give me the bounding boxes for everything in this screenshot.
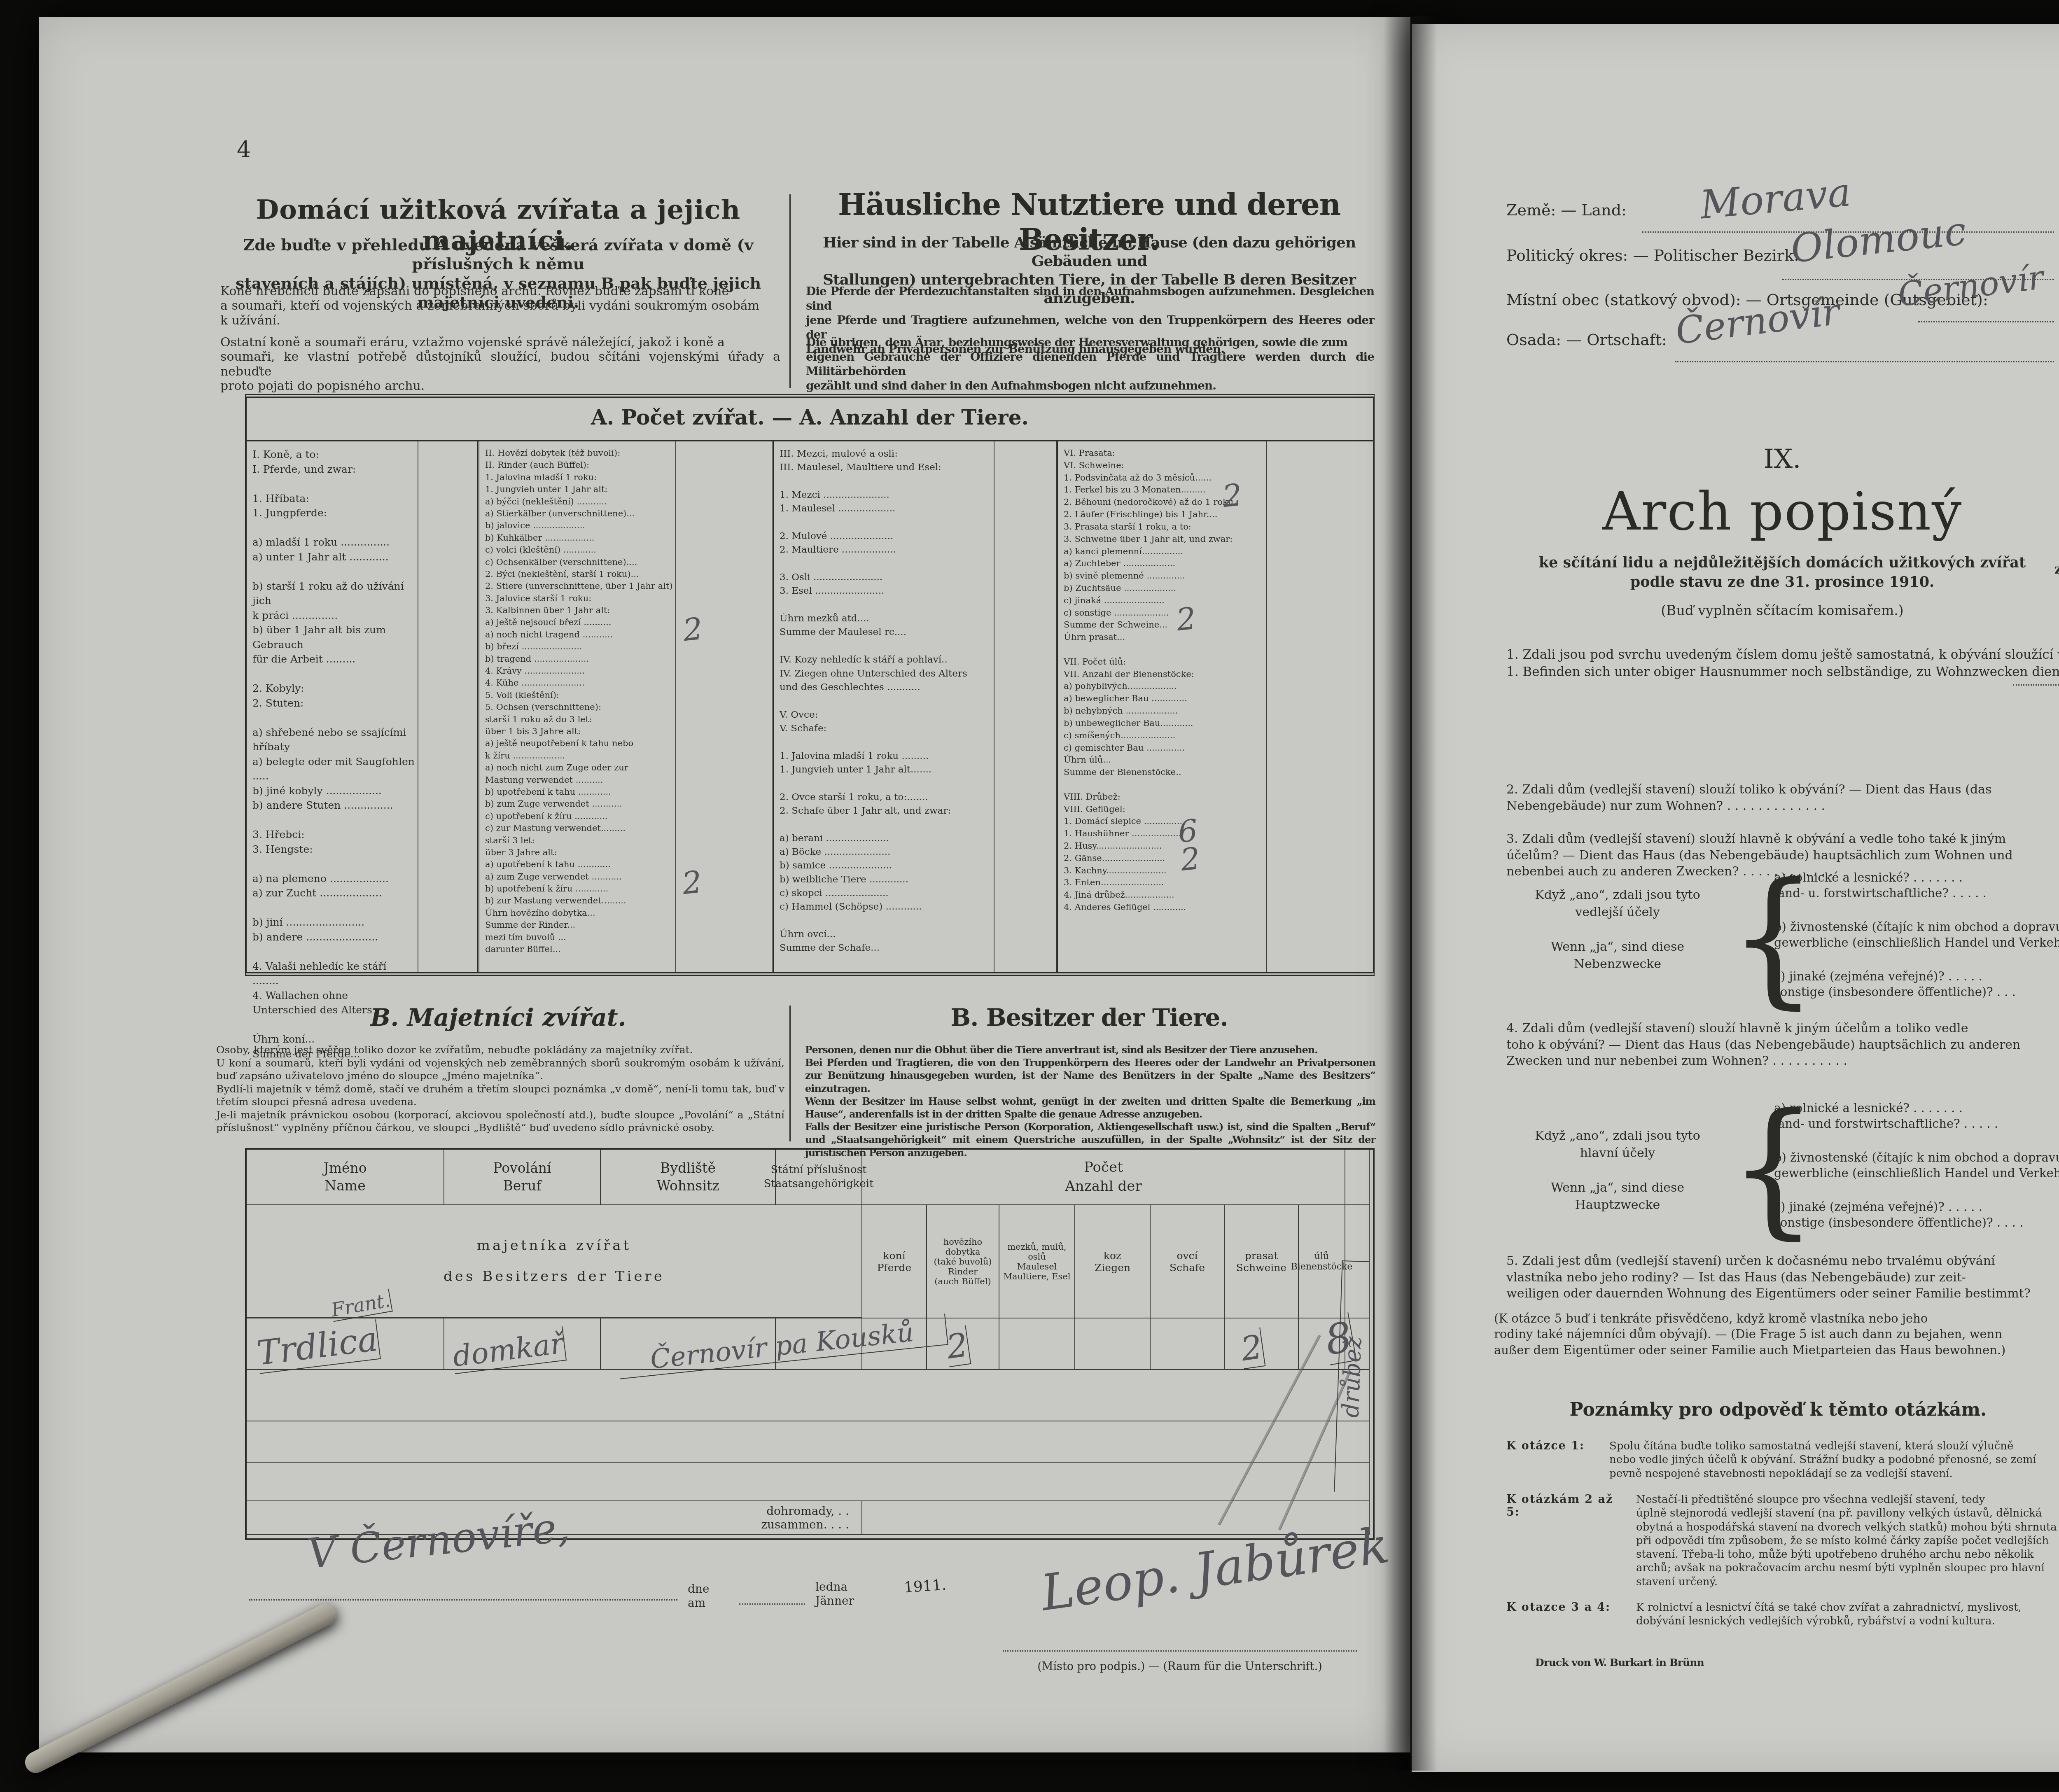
date-dotted-line (739, 1602, 805, 1605)
question-3-sub-a: a) rolnické a lesnické? . . . . . . . la… (1774, 870, 2059, 901)
table-a-values-mules-goats-sheep (994, 441, 1056, 972)
field-osada: Osada: — Ortschaft: (1506, 331, 1667, 349)
place-dotted-line (249, 1598, 677, 1601)
table-b-row1-sheep-cell (1151, 1318, 1225, 1370)
question-3-when-yes-label: Když „ano“, zdali jsou tyto vedlejší úče… (1506, 887, 1729, 973)
czech-note-3-label: K otazce 3 a 4: (1506, 1601, 1630, 1614)
imprint: Druck von W. Burkart in Brünn (1535, 1657, 1704, 1668)
table-b-sub-goats: koz Ziegen (1075, 1205, 1151, 1318)
date-label-dne-am: dne am (688, 1582, 710, 1610)
intro-column-divider (789, 194, 791, 388)
question-2: 2. Zdali dům (vedlejší stavení) slouží t… (1506, 782, 2059, 814)
handwritten-pigs-total: 2 (1175, 601, 1198, 638)
handwritten-zeme: Morava (1698, 170, 1853, 228)
handwritten-cattle-total: 2 (681, 864, 704, 901)
czech-note-2-label: K otázkám 2 až 5: (1506, 1493, 1630, 1519)
answer-1-dotted-line (2013, 683, 2059, 686)
table-a-group-horses: I. Koně, a to: I. Pferde, und zwar: 1. H… (247, 441, 479, 972)
question-1: 1. Zdali jsou pod svrchu uvedeným číslem… (1506, 646, 2059, 681)
table-a-columns: I. Koně, a to: I. Pferde, und zwar: 1. H… (247, 441, 1373, 972)
table-b-row3-cell (247, 1421, 1370, 1463)
czech-form-title: Arch popisný (1535, 481, 2029, 542)
table-a-group-pigs-bees-poultry: VI. Prasata: VI. Schweine: 1. Podsvinčat… (1058, 441, 1374, 972)
table-a-title: A. Počet zvířat. — A. Anzahl der Tiere. (247, 398, 1373, 441)
handwritten-piglets-count: 2 (1221, 477, 1244, 514)
table-a: A. Počet zvířat. — A. Anzahl der Tiere. … (245, 394, 1375, 976)
table-b-row2-cell (247, 1370, 1370, 1421)
field-okres: Politický okres: — Politischer Bezirk: (1506, 246, 1799, 264)
table-b-col-name: Jméno Name (247, 1150, 444, 1205)
question-4: 4. Zdali dům (vedlejší stavení) slouží h… (1506, 1020, 2059, 1069)
table-b-col-occupation: Povolání Beruf (444, 1150, 601, 1205)
year-label: 1911. (903, 1576, 947, 1596)
czech-notes-title: Poznámky pro odpověď k těmto otázkám. (1506, 1399, 2050, 1420)
table-a-col-pigs-bees-poultry: VI. Prasata: VI. Schweine: 1. Podsvinčat… (1058, 441, 1266, 972)
table-b-col-poultry-narrow (1345, 1150, 1370, 1205)
left-page-number: 4 (237, 137, 251, 163)
left-german-para2: Die übrigen, dem Ärar, beziehungsweise d… (806, 335, 1374, 393)
table-a-values-horses (418, 441, 477, 972)
table-b-row4-cell (247, 1463, 1370, 1501)
field-obec-line (1918, 320, 2054, 322)
table-a-col-cattle: II. Hovězí dobytek (též buvoli): II. Rin… (479, 441, 675, 972)
german-form-subtitle: zur Zählung der Bevölkerung und der wich… (2033, 559, 2059, 599)
table-a-col-mules-goats-sheep: III. Mezci, mulové a osli: III. Maulesel… (774, 441, 994, 972)
left-czech-para1: Koně hřebčinců buďte zapsáni do popisnéh… (220, 284, 780, 328)
handwritten-cows-count: 2 (682, 611, 705, 648)
table-b-row1-goats-cell (1075, 1318, 1151, 1370)
table-b-sub-horses: koní Pferde (862, 1205, 927, 1318)
field-osada-line (1675, 359, 2054, 362)
table-b-sub-mules: mezků, mulů, oslů Maulesel Maultiere, Es… (999, 1205, 1075, 1318)
table-b-sub-beehives: úlů Bienenstöcke (1299, 1205, 1345, 1318)
right-page: 1 Země: — Land: Morava Politický okres: … (1412, 24, 2059, 1772)
left-page: 4 Domácí užitková zvířata a jejich majet… (39, 17, 1410, 1752)
table-a-group-mules-goats-sheep: III. Mezci, mulové a osli: III. Maulesel… (774, 441, 1058, 972)
czech-note-3-text: K rolnictví a lesnictví čítá se také cho… (1636, 1601, 2059, 1629)
table-b-col-count: Počet Anzahl der (862, 1150, 1345, 1205)
scanned-census-document: 4 Domácí užitková zvířata a jejich majet… (0, 0, 2059, 1792)
field-okres-label: Politický okres: — Politischer Bezirk: (1506, 246, 1799, 264)
table-b-sub-pigs: prasat Schweine (1225, 1205, 1299, 1318)
table-b-sub-sheep: ovcí Schafe (1151, 1205, 1225, 1318)
section-b-divider (789, 1006, 791, 1141)
question-5: 5. Zdali jest dům (vedlejší stavení) urč… (1506, 1253, 2059, 1302)
question-4-sub-a: a) rolnické a lesnické? . . . . . . . la… (1774, 1101, 2059, 1132)
question-5-note: (K otázce 5 buď i tenkráte přisvědčeno, … (1494, 1311, 2059, 1358)
question-4-sub-b: b) živnostenské (čítajíc k nim obchod a … (1774, 1150, 2059, 1197)
question-4-sub-c: c) jinaké (zejména veřejné)? . . . . . s… (1774, 1199, 2059, 1230)
czech-form-note: (Buď vyplněn sčítacím komisařem.) (1535, 602, 2029, 618)
table-b-col-residence: Bydliště Wohnsitz (601, 1150, 776, 1205)
table-a-group-cattle: II. Hovězí dobytek (též buvoli): II. Rin… (479, 441, 774, 972)
table-a-values-pigs-bees-poultry (1266, 441, 1374, 972)
table-b-col-citizenship: Státní příslušnost Staatsangehörigkeit (776, 1150, 862, 1205)
czech-form-subtitle: ke sčítání lidu a nejdůležitějších domác… (1510, 553, 2054, 592)
czech-note-2-text: Nestačí-li předtištěné sloupce pro všech… (1636, 1493, 2059, 1589)
question-3-sub-b: b) živnostenské (čítajíc k nim obchod a … (1774, 919, 2059, 966)
table-b: Jméno Name Povolání Beruf Bydliště Wohns… (245, 1148, 1375, 1540)
czech-note-1-text: Spolu čítána buďte toliko samostatná ved… (1609, 1440, 2059, 1481)
left-czech-para2: Ostatní koně a soumaři eráru, vztažmo vo… (220, 335, 780, 394)
section-b-czech-text: Osoby, kterým jest svěřen toliko dozor k… (216, 1043, 784, 1134)
page-gutter-shadow (1384, 16, 1437, 1771)
table-a-col-horses: I. Koně, a to: I. Pferde, und zwar: 1. H… (247, 441, 418, 972)
czech-note-1-label: K otázce 1: (1506, 1440, 1605, 1452)
signature-caption: (Místo pro podpis.) — (Raum für die Unte… (999, 1660, 1361, 1673)
section-b-czech-title: B. Majetníci zvířat. (212, 1003, 784, 1031)
month-label-ledna-jaenner: ledna Jänner (815, 1580, 854, 1608)
section-b-german-title: B. Besitzer der Tiere. (801, 1003, 1377, 1031)
question-4-when-yes-label: Když „ano“, zdali jsou tyto hlavní účely… (1506, 1127, 1729, 1214)
table-b-sub-cattle: hovězího dobytka (také buvolů) Rinder (a… (927, 1205, 999, 1318)
section-b-german-text: Personen, denen nur die Obhut über die T… (805, 1043, 1375, 1159)
signature-dotted-line (1003, 1649, 1357, 1652)
handwritten-geese-count: 2 (1179, 841, 1202, 878)
field-osada-label: Osada: — Ortschaft: (1506, 331, 1667, 349)
field-zeme-label: Země: — Land: (1506, 201, 1627, 219)
question-3-sub-c: c) jinaké (zejména veřejné)? . . . . . s… (1774, 969, 2059, 1000)
czech-section-number: IX. (1535, 444, 2029, 474)
table-b-row1-mules-cell (999, 1318, 1075, 1370)
